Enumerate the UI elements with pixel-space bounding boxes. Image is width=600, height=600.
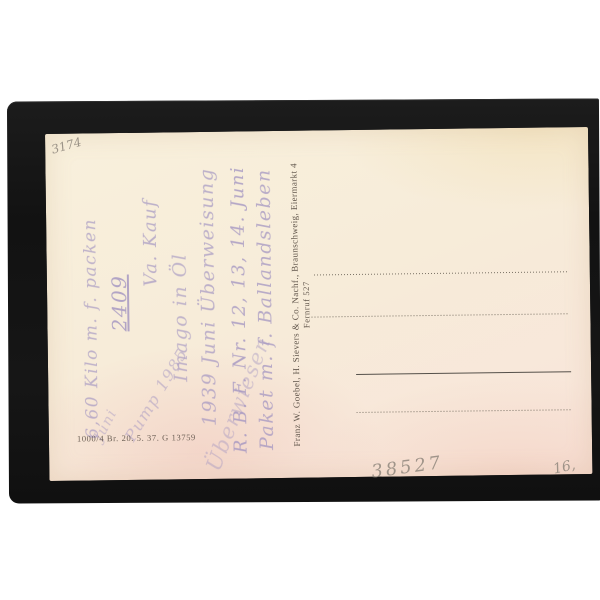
photo-of-postcard-back: 3174 Paket m. f. BallandslebenR. B. F. N… (0, 0, 600, 600)
postcard-back: 3174 Paket m. f. BallandslebenR. B. F. N… (45, 127, 592, 481)
handwriting-text: 1939 Juni Überweisung (195, 167, 220, 426)
handwriting-text: Überwiesen (201, 333, 275, 474)
address-line-2 (311, 313, 569, 317)
publisher-imprint: Franz W. Goebel, H. Sievers & Co. Nachf.… (288, 140, 316, 470)
print-code: 1000/4 Br. 20. 5. 37. G 13759 (77, 432, 196, 444)
handwriting-text: Paket m. f. Ballandsleben (252, 168, 278, 450)
handwriting-layer: Paket m. f. BallandslebenR. B. F. Nr. 12… (45, 127, 592, 481)
handwriting-text: 2409 (107, 274, 132, 331)
address-line-4 (357, 409, 572, 413)
handwriting-text: R. B. F. Nr. 12, 13, 14. Juni (227, 166, 252, 454)
handwriting-text: 6,60 Kilo m. f. packen (80, 218, 103, 439)
handwriting-text: Imago in Öl (169, 253, 193, 382)
address-line-3 (356, 371, 571, 375)
handwriting-text: Pump 1985 (121, 344, 192, 444)
handwriting-text: Va. Kauf (139, 199, 161, 287)
address-line-1 (314, 271, 569, 275)
pencil-number-top-left: 3174 (50, 135, 83, 157)
